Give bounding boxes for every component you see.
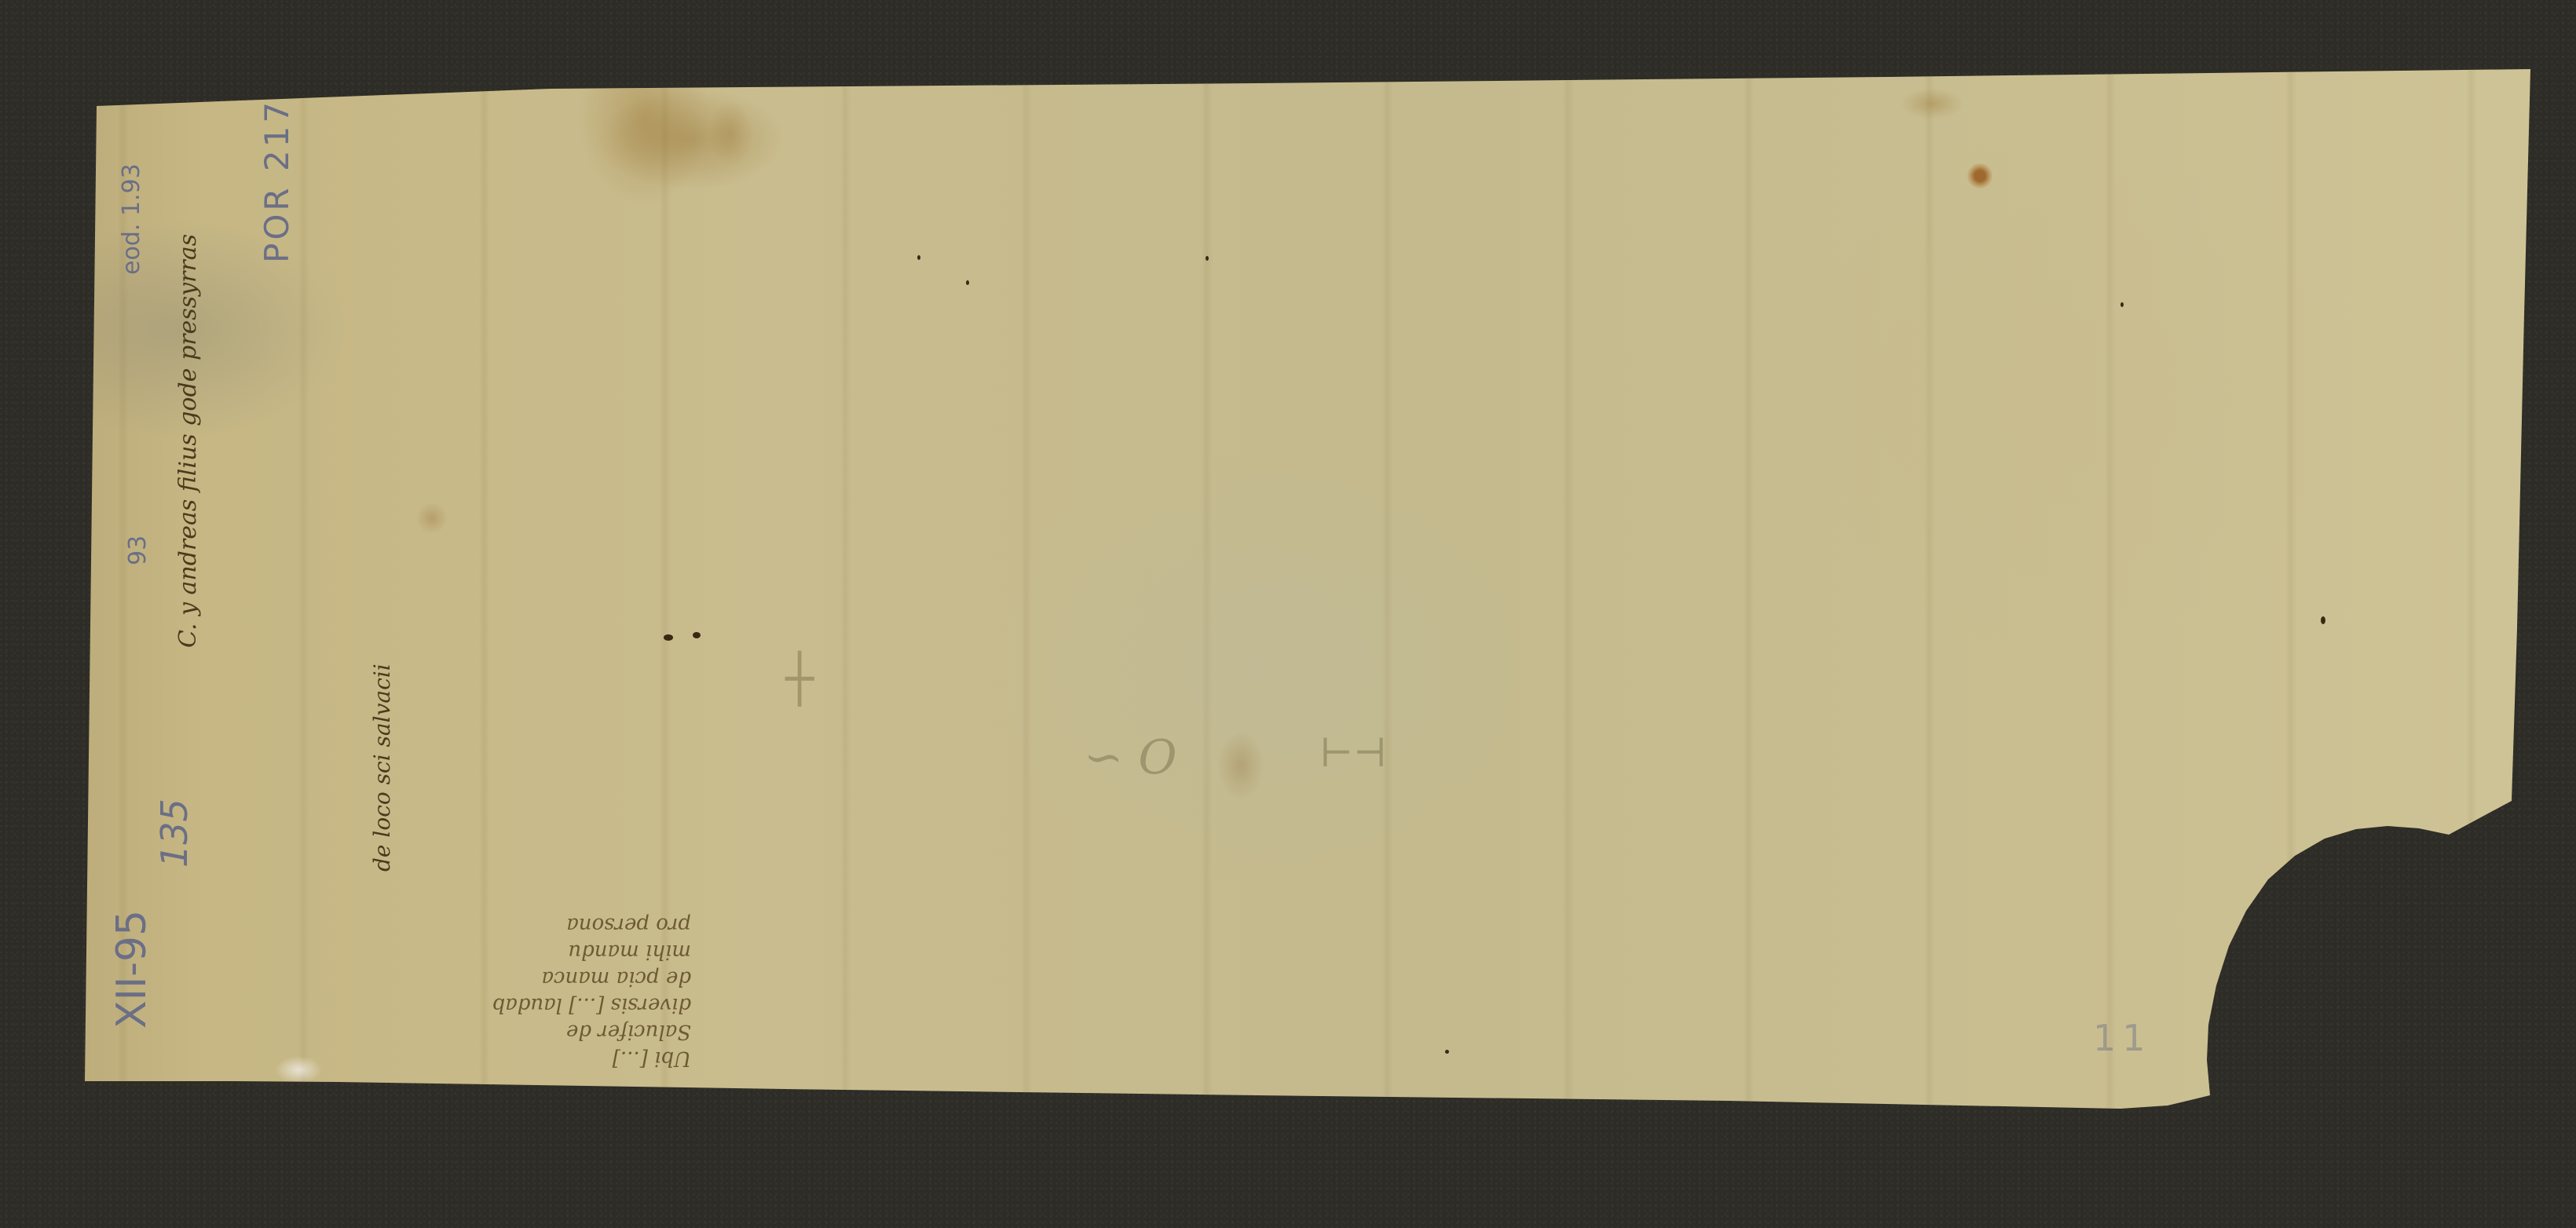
inverted-line: mihi mandu xyxy=(492,938,691,965)
ink-dot xyxy=(1206,256,1209,261)
show-through-stain xyxy=(1217,730,1264,801)
ink-dot xyxy=(693,632,701,638)
brown-spot xyxy=(1967,163,1992,188)
inverted-line: de pcia manca xyxy=(492,965,691,992)
edge-wear-bottom-left xyxy=(275,1056,322,1084)
stain-upper-left xyxy=(1901,88,1963,119)
endorsement-text: C. y andreas filius gode pressyrras xyxy=(174,234,202,648)
ink-dot xyxy=(966,280,969,285)
water-stain-top xyxy=(597,88,785,190)
inverted-line: Salucifer de xyxy=(492,1018,691,1045)
inverted-line: diversis [...] laudab xyxy=(492,992,691,1018)
archive-reference: POR 217 xyxy=(258,99,296,263)
brown-spot-small xyxy=(416,503,448,534)
show-through-cross: ┼ xyxy=(785,652,814,707)
pencil-number-93: 93 xyxy=(124,535,152,565)
pencil-old-number: 135 xyxy=(153,799,196,868)
inverted-line: Ubi [...] xyxy=(492,1045,691,1072)
pencil-folio-number: eod. 1.93 xyxy=(118,163,145,275)
show-through-cross: ⊢⊣ xyxy=(1319,730,1387,776)
faint-side-marks: 11 xyxy=(2093,1017,2152,1059)
inverted-note-block: Ubi [...] Salucifer de diversis [...] la… xyxy=(492,912,691,1072)
ink-dot xyxy=(917,255,920,260)
ink-dot xyxy=(664,634,673,641)
shelfmark: XII-95 xyxy=(108,910,156,1029)
ink-note-salvacii: de loco sci salvacii xyxy=(369,663,395,872)
ink-dot xyxy=(1445,1050,1449,1054)
show-through-loop: ∽ O xyxy=(1084,730,1177,785)
ink-dot xyxy=(2321,616,2325,624)
parchment-sheet: ┼ ⊢⊣ ∽ O xyxy=(0,0,2576,1228)
ink-dot xyxy=(2120,302,2124,307)
inverted-line: pro persona xyxy=(492,912,691,938)
